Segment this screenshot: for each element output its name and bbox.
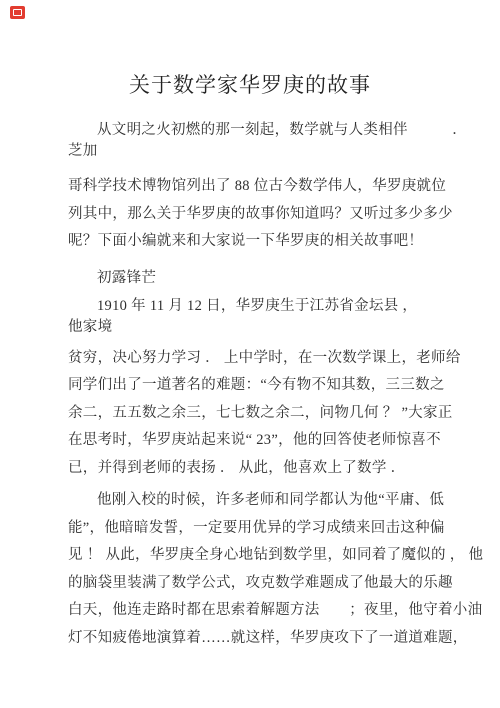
paragraph-line: 余二，五五数之余三，七七数之余二，问物几何 ？ ”大家正 [68, 400, 450, 428]
paragraph: 1910 年 11 月 12 日，华罗庚生于江苏省金坛县 ，他家境 [68, 296, 450, 338]
paragraph-line: 他家境 [68, 317, 450, 338]
paragraph-line: 1910 年 11 月 12 日，华罗庚生于江苏省金坛县 ， [68, 296, 450, 317]
paragraph-line: 同学们出了一道著名的难题：“今有物不知其数，三三数之 [68, 372, 450, 400]
paragraph-line: 已，并得到老师的表扬 ． 从此，他喜欢上了数学 ． [68, 455, 450, 483]
paragraph-line: 初露锋芒 [68, 268, 450, 289]
paragraph: 他刚入校的时候，许多老师和同学都认为他“平庸、低能”，他暗暗发誓，一定要用优异的… [68, 487, 450, 652]
paragraph-line: 在思考时，华罗庚站起来说“ 23”，他的回答使老师惊喜不 [68, 427, 450, 455]
paragraph-line: 他刚入校的时候，许多老师和同学都认为他“平庸、低 [68, 487, 450, 515]
paragraph-line: 贫穷，决心努力学习 ． 上中学时，在一次数学课上，老师给 [68, 345, 450, 373]
paragraph: 贫穷，决心努力学习 ． 上中学时，在一次数学课上，老师给同学们出了一道著名的难题… [68, 345, 450, 483]
paragraph-line: 哥科学技术博物馆列出了 88 位古今数学伟人，华罗庚就位 [68, 173, 450, 201]
paragraph-line: 灯不知疲倦地演算着……就这样，华罗庚攻下了一道道难题， [68, 625, 450, 653]
paragraph-line: 列其中，那么关于华罗庚的故事你知道吗？又听过多少多少 [68, 201, 450, 229]
paragraph-line: 呢？下面小编就来和大家说一下华罗庚的相关故事吧！ [68, 228, 450, 256]
paragraph: 初露锋芒 [68, 268, 450, 289]
red-logo-badge-icon [10, 6, 25, 19]
paragraph-line: 的脑袋里装满了数学公式，攻克数学难题成了他最大的乐趣 [68, 570, 450, 598]
paragraph-line: 见 ！ 从此，华罗庚全身心地钻到数学里，如同着了魔似的 ， 他 [68, 542, 450, 570]
document-body: 从文明之火初燃的那一刻起，数学就与人类相伴 ．芝加哥科学技术博物馆列出了 88 … [68, 120, 450, 652]
paragraph-line: 白天，他连走路时都在思索着解题方法 ；夜里，他守着小油 [68, 597, 450, 625]
paragraph: 从文明之火初燃的那一刻起，数学就与人类相伴 ．芝加 [68, 120, 450, 162]
badge-mark-icon [13, 9, 22, 16]
paragraph-line: 芝加 [68, 141, 450, 162]
document-title: 关于数学家华罗庚的故事 [0, 70, 500, 100]
document-page: 关于数学家华罗庚的故事 从文明之火初燃的那一刻起，数学就与人类相伴 ．芝加哥科学… [0, 0, 500, 708]
paragraph-line: 能”，他暗暗发誓，一定要用优异的学习成绩来回击这种偏 [68, 515, 450, 543]
paragraph-line: 从文明之火初燃的那一刻起，数学就与人类相伴 ． [68, 120, 450, 141]
paragraph: 哥科学技术博物馆列出了 88 位古今数学伟人，华罗庚就位列其中，那么关于华罗庚的… [68, 173, 450, 256]
